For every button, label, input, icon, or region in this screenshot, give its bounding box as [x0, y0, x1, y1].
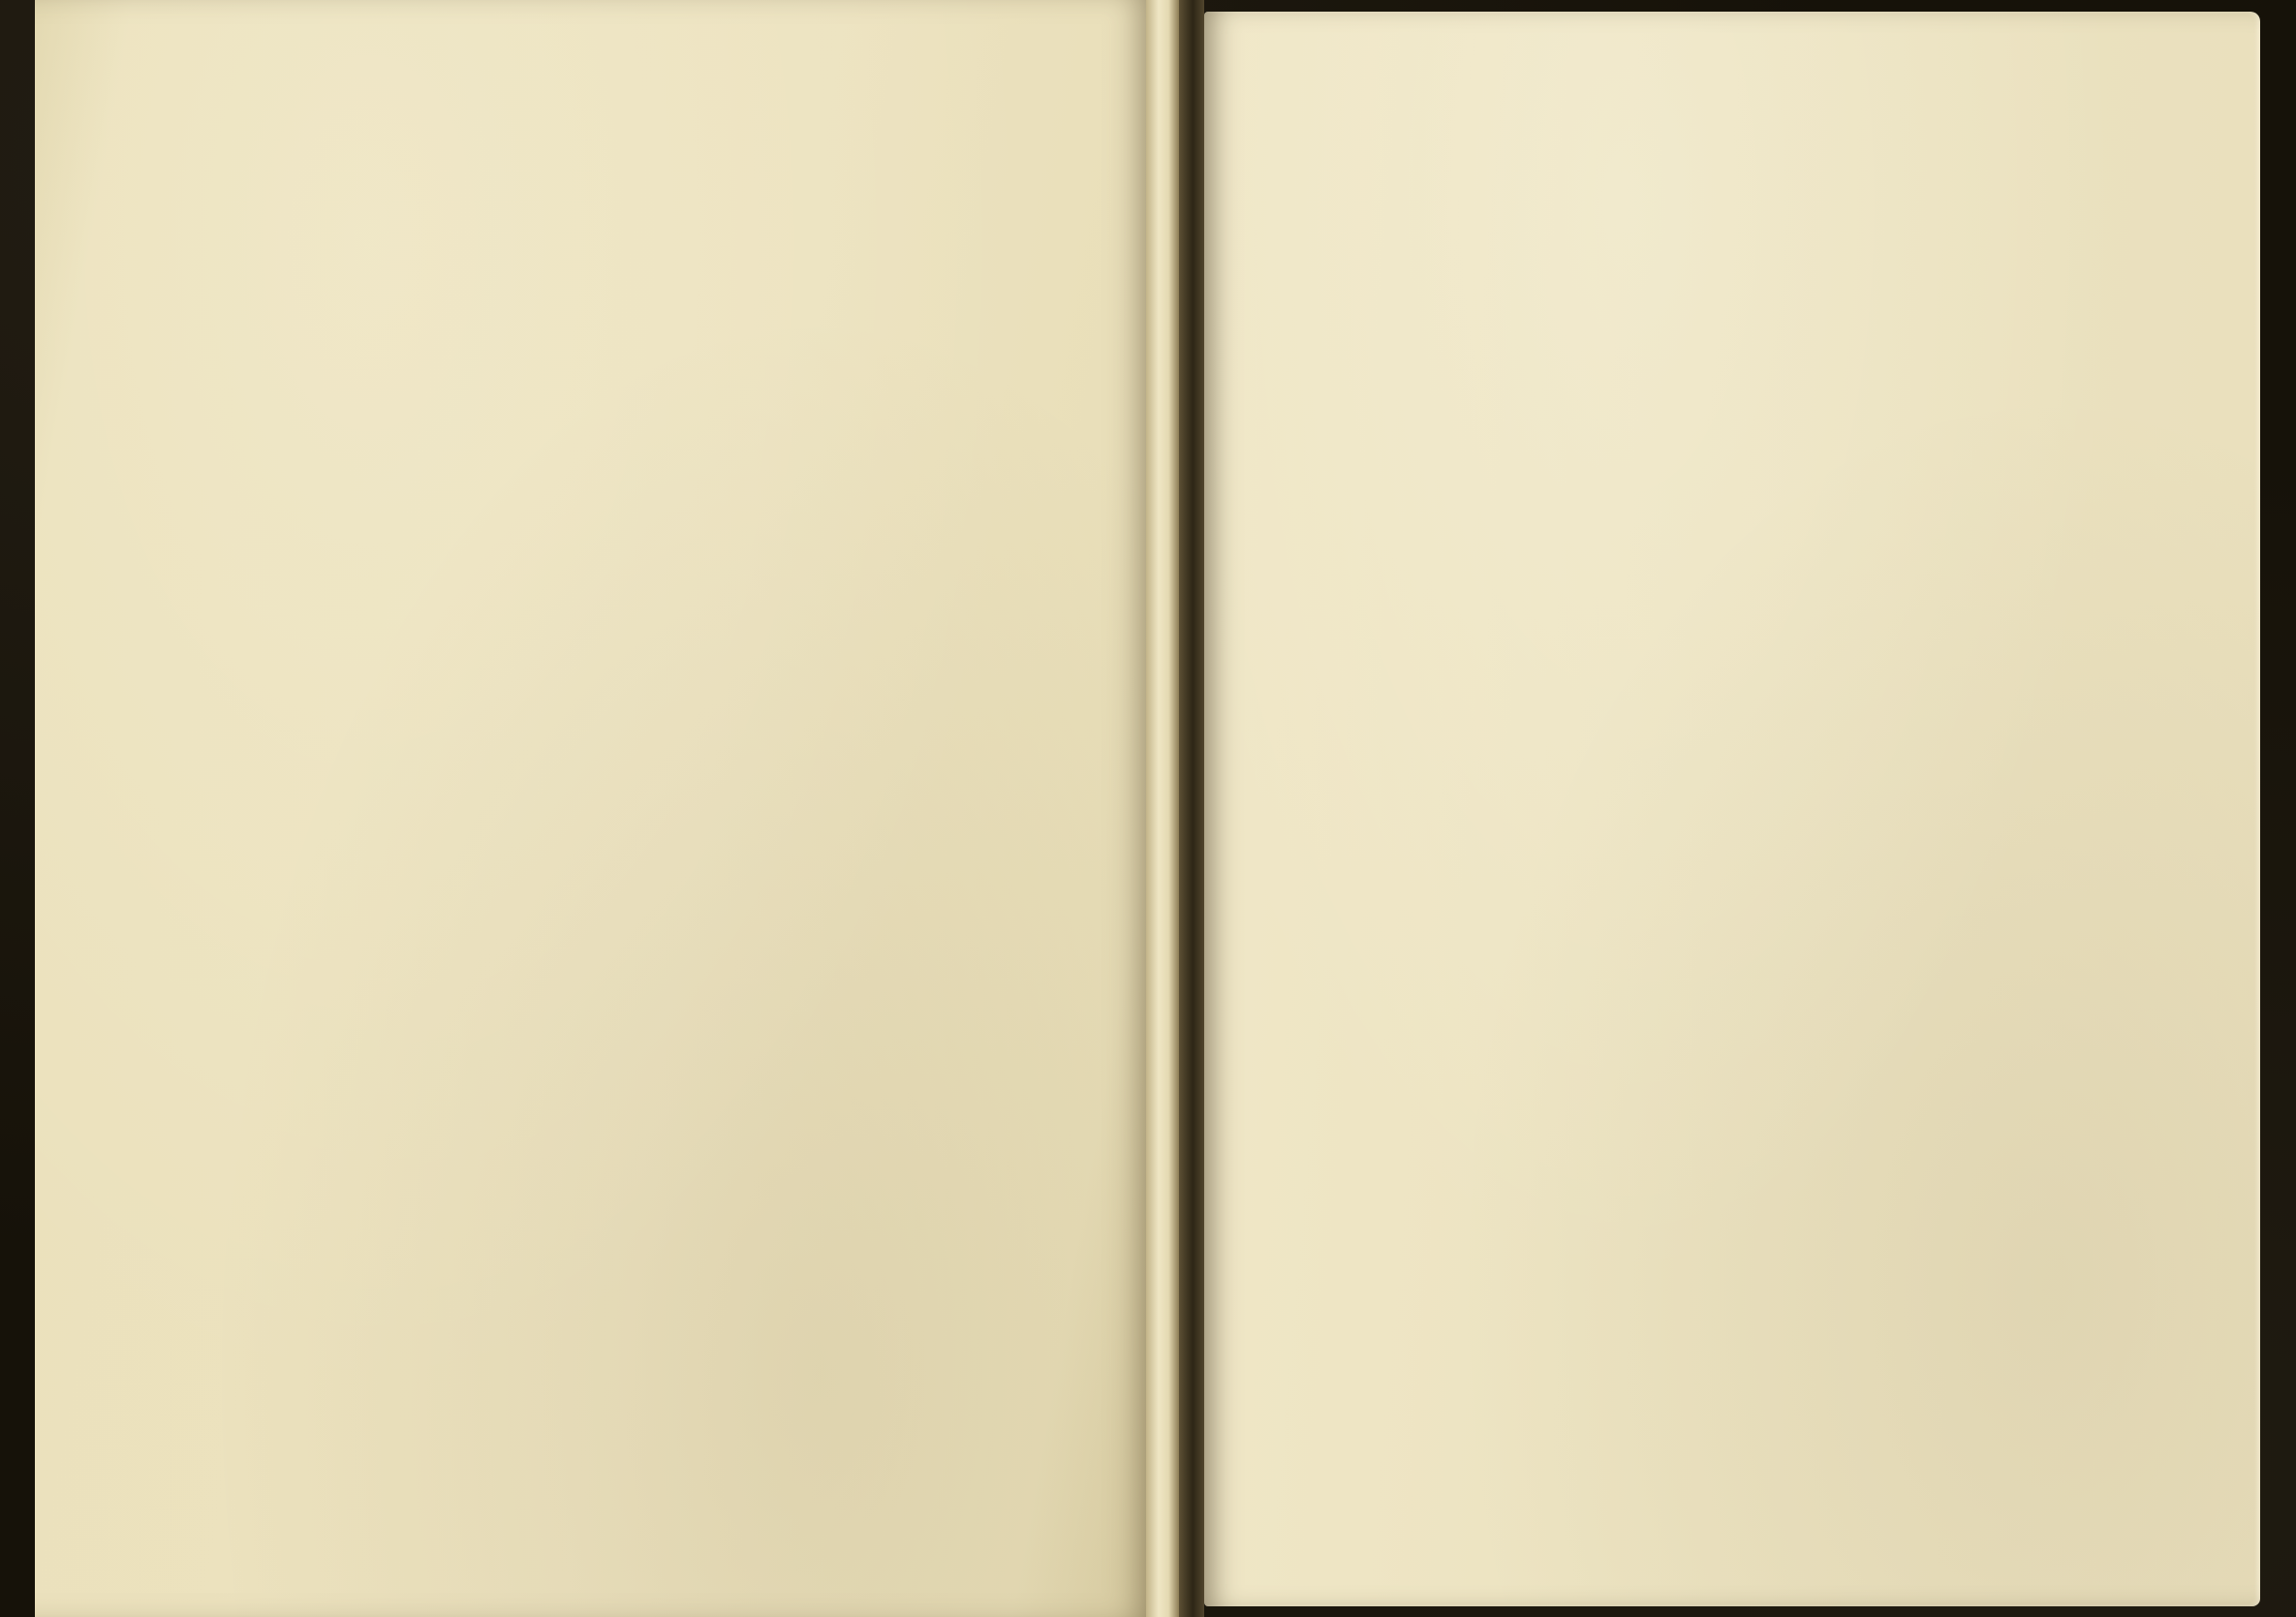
gutter-fold-shadow: [1179, 0, 1204, 1617]
auction-catalog-photo: [0, 0, 2296, 1617]
left-page: [35, 0, 1151, 1617]
gutter-fold-highlight: [1146, 0, 1179, 1617]
right-page: [1204, 12, 2260, 1606]
